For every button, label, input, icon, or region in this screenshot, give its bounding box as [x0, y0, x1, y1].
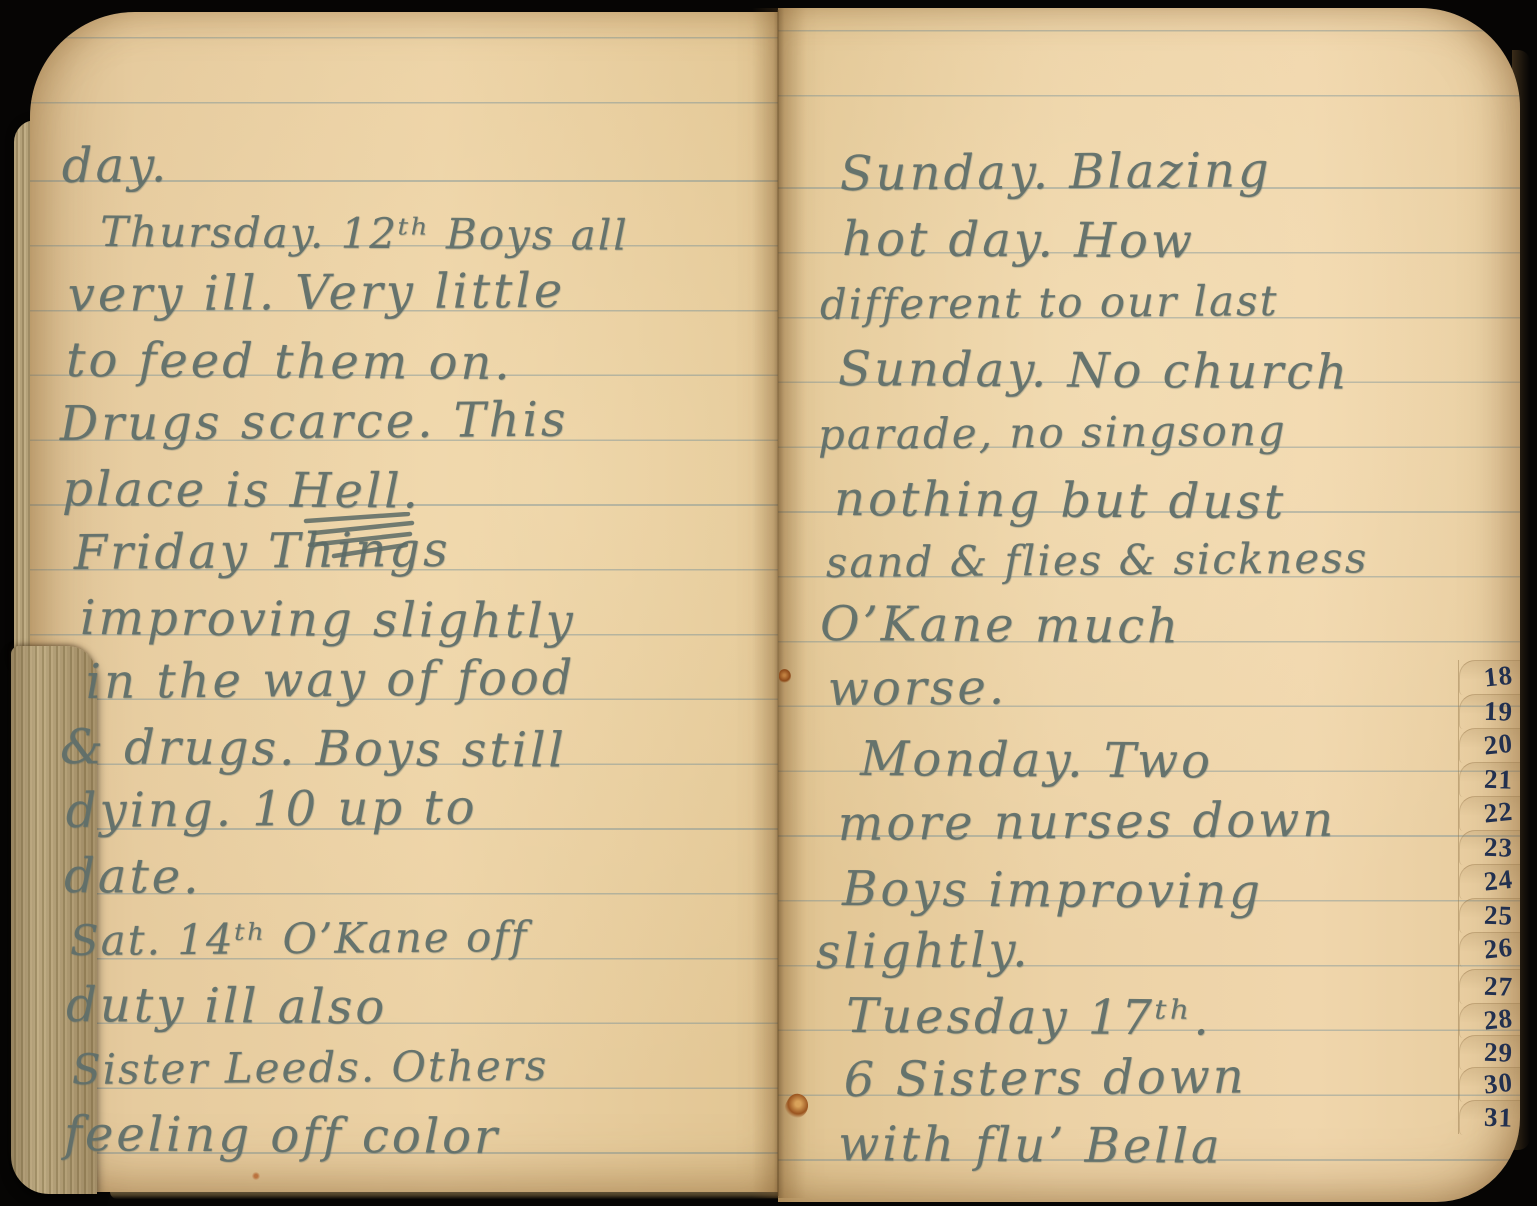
tab-number: 27 [1459, 969, 1520, 1004]
tab-number: 25 [1459, 898, 1520, 933]
handwriting-line: slightly. [816, 926, 1031, 976]
small-rust-speck [252, 1172, 260, 1180]
tab-number: 24 [1458, 862, 1521, 901]
date-tab: 28 [1459, 1003, 1520, 1038]
handwriting-line: improving slightly [80, 594, 576, 645]
handwriting-line: worse. [828, 663, 1008, 713]
tab-number: 23 [1459, 830, 1520, 865]
handwriting-line: to feed them on. [66, 336, 513, 387]
handwriting-line: Boys improving [842, 865, 1263, 916]
date-tab: 30 [1459, 1067, 1520, 1102]
handwriting-line: hot day. How [842, 215, 1195, 265]
handwriting-line: Sunday. Blazing [840, 146, 1272, 198]
handwriting-line: in the way of food [86, 654, 576, 706]
binding-hole-stain [779, 669, 791, 683]
gutter-crease [777, 10, 779, 1196]
tab-number: 20 [1458, 726, 1521, 765]
handwriting-line: 6 Sisters down [844, 1052, 1247, 1104]
date-tab: 18 [1459, 660, 1520, 695]
handwriting-line: feeling off color [64, 1110, 500, 1161]
handwriting-line: O’Kane much [820, 600, 1181, 651]
tab-number: 22 [1458, 794, 1521, 833]
date-tab: 21 [1459, 762, 1520, 797]
handwriting-line: sand & flies & sickness [826, 537, 1369, 584]
handwriting-line: more nurses down [838, 796, 1337, 848]
handwriting-line: duty ill also [66, 981, 387, 1031]
date-tab: 31 [1459, 1100, 1520, 1135]
handwriting-line: Drugs scarce. This [60, 396, 569, 448]
handwriting-line: Thursday. 12ᵗʰ Boys all [100, 211, 629, 257]
handwriting-line: & drugs. Boys still [60, 723, 567, 775]
handwriting-line: place is Hell. [62, 465, 421, 516]
diary-photo: day. Thursday. 12ᵗʰ Boys all very ill. V… [0, 0, 1537, 1206]
tab-number: 31 [1459, 1100, 1520, 1135]
handwriting-line: Sister Leeds. Others [72, 1045, 549, 1091]
handwriting-line: very ill. Very little [68, 267, 566, 319]
handwriting-line: date. [64, 852, 202, 901]
handwriting-line: Tuesday 17ᵗʰ. [846, 992, 1212, 1043]
hell-underline-scribble-icon [300, 512, 420, 562]
handwriting-line: parade, no singsong [818, 410, 1287, 456]
handwriting-line: different to our last [820, 280, 1279, 326]
handwriting-line: Sunday. No church [838, 345, 1350, 397]
handwriting-line: day. [62, 141, 170, 190]
date-tab: 25 [1459, 898, 1520, 933]
tab-number: 30 [1458, 1065, 1521, 1104]
date-tab: 19 [1459, 694, 1520, 729]
date-tab: 27 [1459, 969, 1520, 1004]
tab-number: 21 [1459, 762, 1520, 797]
handwriting-line: dying. 10 up to [66, 783, 478, 835]
gutter-shadow [752, 8, 806, 1198]
tab-number: 26 [1458, 930, 1521, 969]
date-tab-strip: 18 19 20 21 22 23 24 25 26 27 28 29 30 3… [1458, 660, 1521, 1134]
handwriting-line: Monday. Two [860, 735, 1213, 785]
date-tab: 23 [1459, 830, 1520, 865]
handwriting-line: with flu’ Bella [838, 1120, 1223, 1171]
date-tab: 26 [1459, 932, 1520, 967]
date-tab: 22 [1459, 796, 1520, 831]
date-tab: 24 [1459, 864, 1520, 899]
handwriting-line: Sat. 14ᵗʰ O’Kane off [70, 916, 529, 962]
date-tab: 20 [1459, 728, 1520, 763]
tab-number: 19 [1459, 694, 1520, 729]
tab-number: 18 [1458, 658, 1521, 697]
handwriting-line: nothing but dust [834, 475, 1286, 526]
